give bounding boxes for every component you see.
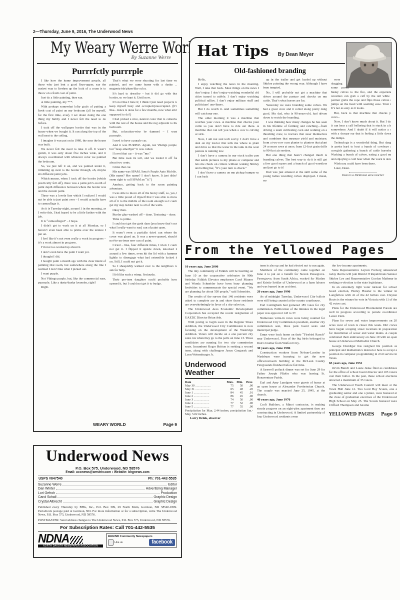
paragraph: So I sheepishly walked over to the neigh…	[110, 265, 178, 273]
underwood-weather-block: Underwood Weather Date Max. Min. Prec.	[185, 361, 253, 420]
underwood-news-masthead-box: Underwood News P.O. Box 575, Underwood, …	[33, 445, 182, 558]
paragraph: But one thing that hasn’t changed much i…	[263, 154, 327, 170]
paragraph: I tried – like, four different times, I …	[110, 244, 178, 264]
masthead-phone: Ph: 701-442-5535	[148, 477, 176, 481]
paragraph: I didn’t get to work on it at all Monday…	[38, 224, 106, 236]
coffee-cup-icon	[108, 539, 114, 546]
paragraph: Hello,	[195, 78, 259, 82]
yellowed-pages-column-1: 10 years ago, June 2006The tiny communit…	[185, 264, 253, 420]
paragraph: With paving to begin soon in the Regnier…	[185, 320, 253, 357]
paragraph: Plans for sewer and water improvements o…	[329, 319, 397, 344]
paragraph: Which means, when I took off the border …	[38, 177, 106, 193]
dotted-leader	[63, 502, 153, 503]
masthead-contact: Email: uconews@westriv.com • Website: bh…	[38, 471, 177, 475]
yellowed-pages-continuation-marker: YELLOWED PAGES Page 9	[329, 411, 397, 417]
weary-column-title: My Weary Werre World	[51, 40, 165, 56]
paragraph: Their pre-teen daughter could probably h…	[110, 278, 178, 286]
paragraph: The tiny community of Falkirk will be bu…	[185, 270, 253, 295]
paragraph: But, coloration-wise be damned – I want …	[110, 130, 178, 138]
dotted-leader	[56, 493, 160, 494]
staff-row: Crystal AlbrechtGraphic Design	[38, 500, 177, 504]
paragraph: The other morning it was a machine that …	[195, 116, 259, 136]
section-heading: 20 years ago, June 1996	[257, 290, 325, 294]
paragraph: That’s what we were shooting for last ti…	[110, 79, 178, 91]
paragraph: It’s not like I hate it; I think I just …	[110, 101, 178, 117]
yellowed-pages-section-banner: From the Yellowed Pages	[185, 243, 397, 260]
facebook-wordmark: facebook	[149, 539, 175, 546]
yellowed-pages-column-1-text: 10 years ago, June 2006The tiny communit…	[185, 265, 253, 357]
paragraph: I took off the wallpaper border that was…	[38, 126, 106, 138]
paragraph: Later, Dean.	[331, 166, 391, 170]
paragraph: I could not get the gosh darn (you know …	[110, 222, 178, 230]
weary-title-rule	[37, 63, 178, 64]
ndna-stripes-graphic	[70, 536, 83, 544]
paragraph: But I do watch it. And sometimes somethi…	[195, 108, 259, 116]
paragraph: Now, I am not real tech savvy. I don’t h…	[195, 137, 259, 153]
photo-text-wrap-spacer	[349, 78, 391, 89]
paragraph: Earl Cottingham had garnered 185 votes f…	[257, 303, 325, 315]
paragraph: the low income apartments.	[329, 264, 397, 268]
paragraph: up in the trailer and get loaded up with…	[263, 78, 327, 90]
like-us-label: Like us	[108, 539, 123, 546]
yellowed-pages-body: 10 years ago, June 2006The tiny communit…	[185, 264, 397, 564]
yellowed-pages-column-3-text: the low income apartments.State Represen…	[329, 264, 397, 408]
masthead-published-notice: Published every Thursday by BHG, Inc., P…	[38, 506, 177, 517]
masthead-title: Underwood News	[38, 449, 177, 465]
paragraph: So, we just left it on, and we painted u…	[38, 165, 106, 177]
paragraph: Plans for the Underwood Bicentennial Par…	[329, 306, 397, 318]
paragraph: Emus were back home on their “Firebird R…	[257, 333, 325, 345]
weary-article-column-2: That’s what we were shooting for last ti…	[110, 79, 178, 290]
yellowed-pages-column-2-text: term is also up and he had elected not t…	[257, 264, 325, 419]
weary-article-column-1: I like how the home improvement people, …	[38, 79, 106, 290]
paragraph: A farewell potluck dinner was set for Ju…	[257, 368, 325, 380]
ndna-association-name: NORTH DAKOTA NEWSPAPER ASSOCIATION	[38, 544, 103, 547]
paragraph: But, back to that machine that checks yo…	[331, 111, 391, 119]
weary-headline: Purrrfctly purrrple	[38, 66, 177, 76]
paragraph: The results of the survey that 146 resid…	[185, 295, 253, 307]
weather-observer-credit: Larry Dziuk, observer	[185, 416, 253, 420]
paragraph: I was able to move all of the heavy stuf…	[110, 192, 178, 208]
weary-article-body: I like how the home improvement people, …	[38, 79, 177, 349]
weary-continuation-label: WEARY WORLD	[93, 422, 126, 427]
paragraph: Members of the community came together o…	[257, 269, 325, 289]
paragraph: Wish you could have been there.	[331, 162, 391, 166]
weary-continuation-page: Page 9	[163, 422, 177, 427]
paragraph: Numerous write-in votes were being count…	[257, 316, 325, 332]
paragraph: As of midnight Tuesday, Underwood City b…	[257, 295, 325, 303]
weather-title: Underwood Weather	[185, 361, 240, 379]
paragraph: I like how the home improvement people, …	[38, 79, 106, 95]
running-header: 2—Thursday, June 9, 2016, The Underwood …	[33, 29, 213, 37]
paragraph: With perhaps somewhat lofty goals of put…	[38, 105, 106, 125]
paragraph: Croft Builders, a Minot contractor, is m…	[257, 403, 325, 419]
section-heading: 65 years ago, June 1951	[329, 362, 397, 366]
paragraph: Technology is a wonderful thing. But dan…	[331, 141, 391, 161]
paragraph: I imagine it was put on in 1980, the yea…	[38, 139, 106, 147]
paragraph: The Underwood Youth Council will meet at…	[329, 383, 397, 408]
weather-table: Date Max. Min. Prec. May 307550.00May 31…	[185, 380, 253, 408]
section-heading: 40 years ago, June 1976	[257, 398, 325, 402]
dotted-leader	[63, 485, 168, 486]
yellowed-pages-column-3: the low income apartments.State Represen…	[329, 264, 397, 420]
running-header-text: 2—Thursday, June 9, 2016, The Underwood …	[33, 29, 213, 34]
weary-werre-world-column-box: My Weary Werre World By Suzanne Werre Pu…	[33, 37, 182, 432]
paragraph: I was thinking how many changes he has s…	[263, 120, 327, 153]
paragraph: In an extremely light voter turnout for …	[329, 285, 397, 305]
section-heading: 30 years ago, June 1986	[257, 346, 325, 350]
facebook-badge-caption: BHG/ND Community Newspapers	[108, 535, 175, 538]
paragraph: term is also up and he had elected not t…	[257, 264, 325, 268]
paragraph: No, I will probably not get a machine th…	[263, 91, 327, 103]
paragraph: Orvin Bunch and Louie Jaske filed as can…	[329, 366, 397, 382]
paragraph: Right.	[38, 286, 106, 290]
yellowed-continuation-label: YELLOWED PAGES	[329, 412, 374, 417]
staff-name: Crystal Albrecht	[38, 500, 62, 504]
hat-tips-header: Hat Tips By Dean Meyer	[195, 41, 345, 64]
masthead-postmaster-notice: POSTMASTER: Send address changes to The …	[38, 518, 177, 522]
paragraph: I bought paint a month ago with the clea…	[38, 260, 106, 272]
paragraph: I don’t have a camera on my pickup bumpe…	[195, 171, 259, 179]
hat-tips-title: Hat Tips	[197, 42, 269, 60]
paragraph: Construction workers from Nelson-Lassite…	[257, 351, 325, 367]
subscription-rates-bar: For Subscription Rates: Call 701-442-553…	[38, 524, 177, 533]
paragraph: But time took its toll, and we traded it…	[110, 157, 178, 165]
paragraph: I enjoy watching the news in the morning…	[195, 83, 259, 108]
section-heading: 10 years ago, June 2006	[185, 265, 253, 269]
paragraph: I had picked a nice, neutral color that …	[110, 118, 178, 130]
paragraph: Now, I don’t know much about it. But I d…	[331, 120, 391, 140]
newspaper-page: 2—Thursday, June 9, 2016, The Underwood …	[0, 0, 400, 600]
paragraph: I feel like it’s not even really a work …	[38, 237, 106, 245]
hat-tips-byline: By Dean Meyer	[278, 52, 314, 58]
hat-tips-headline: Old-fashioned branding	[195, 67, 345, 75]
weary-continuation-marker: WEARY WORLD Page 9	[93, 422, 177, 429]
columnist-footer-divider	[349, 172, 377, 173]
paragraph: It’s hard to describe – but it did go wi…	[110, 92, 178, 100]
dotted-leader	[57, 498, 152, 499]
staff-role: Graphic Design	[154, 500, 177, 504]
paragraph: As it is Tuesday night, around 1 in the …	[38, 207, 106, 219]
hat-tips-column-box: Hat Tips By Dean Meyer Old-fashioned bra…	[189, 37, 397, 243]
hat-tips-column-3-text: were dragging some pretty husky calves t…	[331, 78, 391, 171]
paragraph: Yesterday we were branding some calves. …	[263, 104, 327, 120]
usps-number: USPS #647540	[39, 477, 63, 481]
paragraph: Not Vikings purple, but, like the commer…	[38, 277, 106, 285]
paragraph: The Underwood Area Economic Development …	[185, 308, 253, 320]
ndna-logo: NDNA NORTH DAKOTA NEWSPAPER ASSOCIATION	[38, 534, 103, 548]
ndna-logo-text: NDNA	[38, 534, 69, 544]
columnist-bio-note: Dean is a Dickinson area rancher	[331, 174, 391, 178]
paragraph: Earl and Amy Lundgren were guests of hon…	[257, 381, 325, 397]
paragraph: State Representative Layton Freborg anno…	[329, 269, 397, 285]
paragraph: His name was SPAM. Sena’s Purple Auto Mo…	[110, 170, 178, 182]
hat-tips-article-body: Hello,I enjoy watching the news in the m…	[195, 78, 391, 236]
masthead-staff-list: Suzanne WerreEditorDan WinterAdvertising…	[38, 482, 177, 505]
paragraph: It wasn’t even a partially dried can whe…	[110, 231, 178, 243]
weather-row: June 57755.00	[185, 405, 253, 409]
paragraph: I don’t have a camera in my stock traile…	[195, 154, 259, 170]
paragraph: Dad was just amazed at the skill some of…	[263, 171, 327, 183]
masthead-logos-row: NDNA NORTH DAKOTA NEWSPAPER ASSOCIATION …	[38, 534, 177, 548]
facebook-badge: BHG/ND Community Newspapers Like us face…	[106, 534, 177, 548]
yellowed-continuation-page: Page 9	[381, 412, 397, 417]
paragraph: George Dreidiger has resigned his positi…	[329, 344, 397, 360]
paragraph: Anyhoo, getting back to the room paintin…	[110, 183, 178, 191]
paragraph: We never felt the need to take it off. I…	[38, 148, 106, 164]
weather-precipitation-note: Precipitation for May, 2.44 inches; prec…	[185, 409, 253, 416]
like-us-text: Like us	[115, 541, 123, 544]
hat-tips-column-2: up in the trailer and get loaded up with…	[263, 78, 327, 183]
yellowed-pages-column-2: term is also up and he had elected not t…	[257, 264, 325, 420]
paragraph: There was a lovely line which I realized…	[38, 194, 106, 206]
hat-tips-column-3: were dragging some pretty husky calves t…	[331, 78, 391, 183]
paragraph: And it was PURPLE. Again, not Vikings pu…	[110, 144, 178, 152]
weather-table-rows: May 307550.00May 316548.20June 18445.01J…	[185, 384, 253, 409]
dotted-leader	[56, 489, 145, 490]
hat-tips-column-1: Hello,I enjoy watching the news in the m…	[195, 78, 259, 183]
